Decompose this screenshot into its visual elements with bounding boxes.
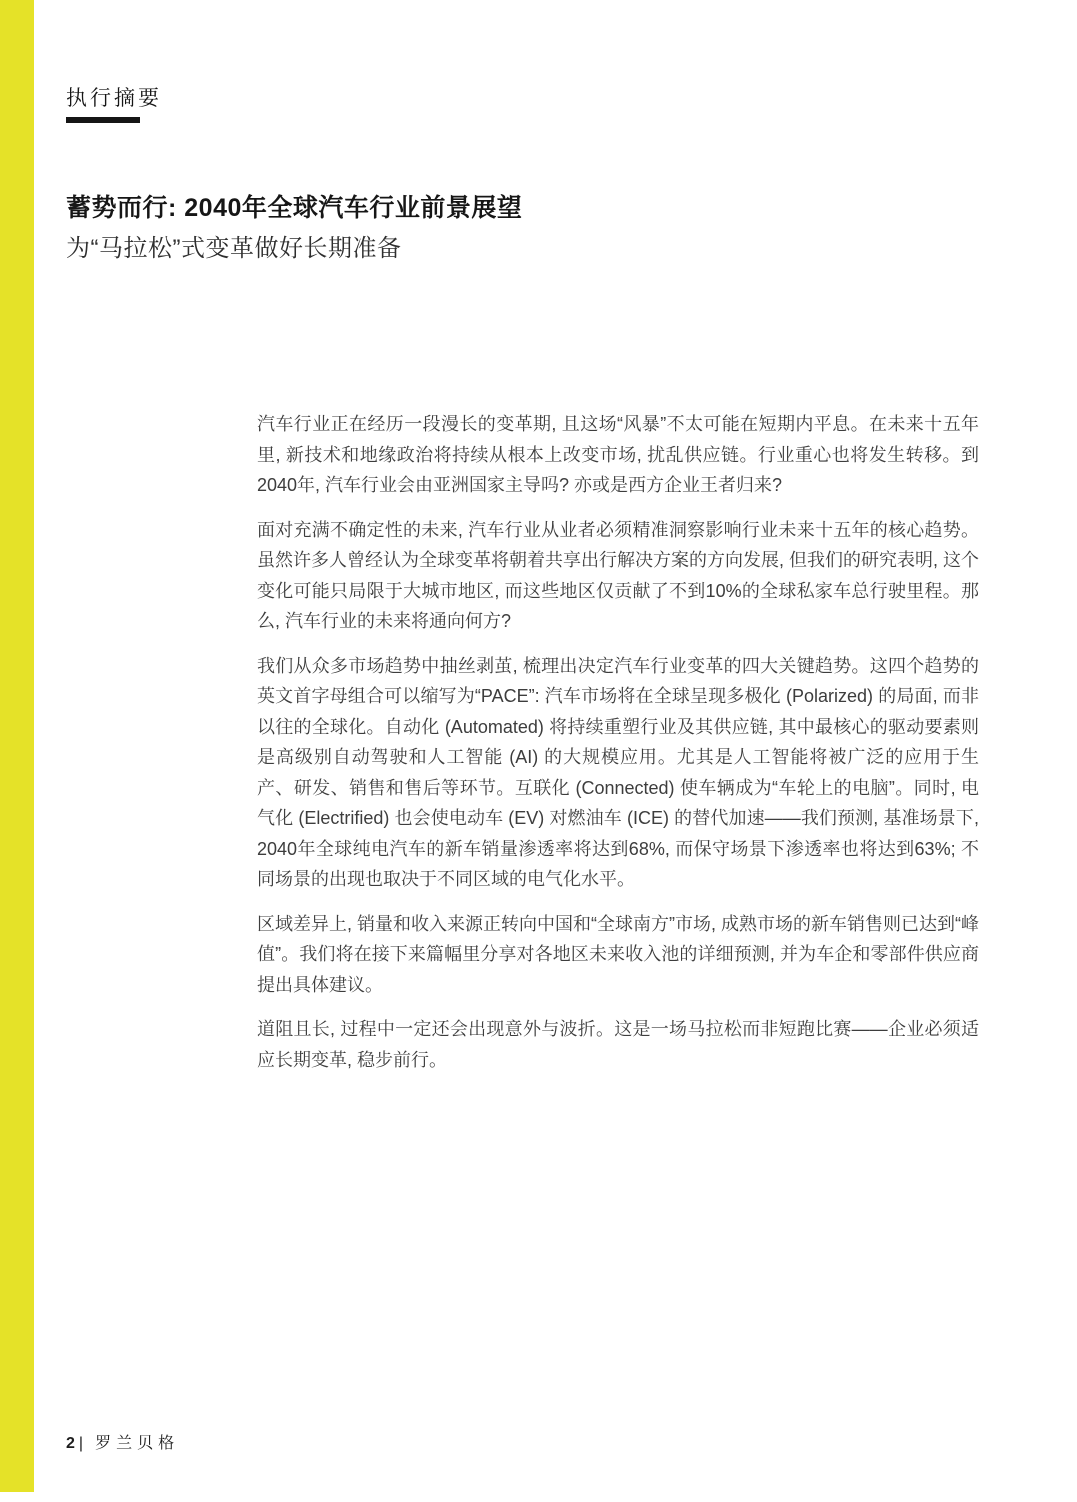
body-paragraph-5: 道阻且长, 过程中一定还会出现意外与波折。这是一场马拉松而非短跑比赛——企业必须… <box>257 1014 979 1075</box>
report-subtitle: 为“马拉松”式变革做好长期准备 <box>66 234 966 264</box>
body-paragraph-3: 我们从众多市场趋势中抽丝剥茧, 梳理出决定汽车行业变革的四大关键趋势。这四个趋势… <box>257 651 979 895</box>
executive-summary-body: 汽车行业正在经历一段漫长的变革期, 且这场“风暴”不太可能在短期内平息。在未来十… <box>257 409 979 1089</box>
body-paragraph-2: 面对充满不确定性的未来, 汽车行业从业者必须精准洞察影响行业未来十五年的核心趋势… <box>257 515 979 637</box>
page-footer: 2 | 罗兰贝格 <box>66 1430 179 1453</box>
footer-separator: | <box>79 1435 83 1453</box>
section-eyebrow: 执行摘要 <box>66 82 162 112</box>
title-block: 蓄势而行: 2040年全球汽车行业前景展望 为“马拉松”式变革做好长期准备 <box>66 192 966 264</box>
brand-name: 罗兰贝格 <box>95 1430 179 1453</box>
title-rule <box>66 117 140 123</box>
body-paragraph-4: 区域差异上, 销量和收入来源正转向中国和“全球南方”市场, 成熟市场的新车销售则… <box>257 909 979 1001</box>
report-title: 蓄势而行: 2040年全球汽车行业前景展望 <box>66 192 966 224</box>
accent-bar <box>0 0 34 1492</box>
body-paragraph-1: 汽车行业正在经历一段漫长的变革期, 且这场“风暴”不太可能在短期内平息。在未来十… <box>257 409 979 501</box>
page-number: 2 <box>66 1435 75 1453</box>
